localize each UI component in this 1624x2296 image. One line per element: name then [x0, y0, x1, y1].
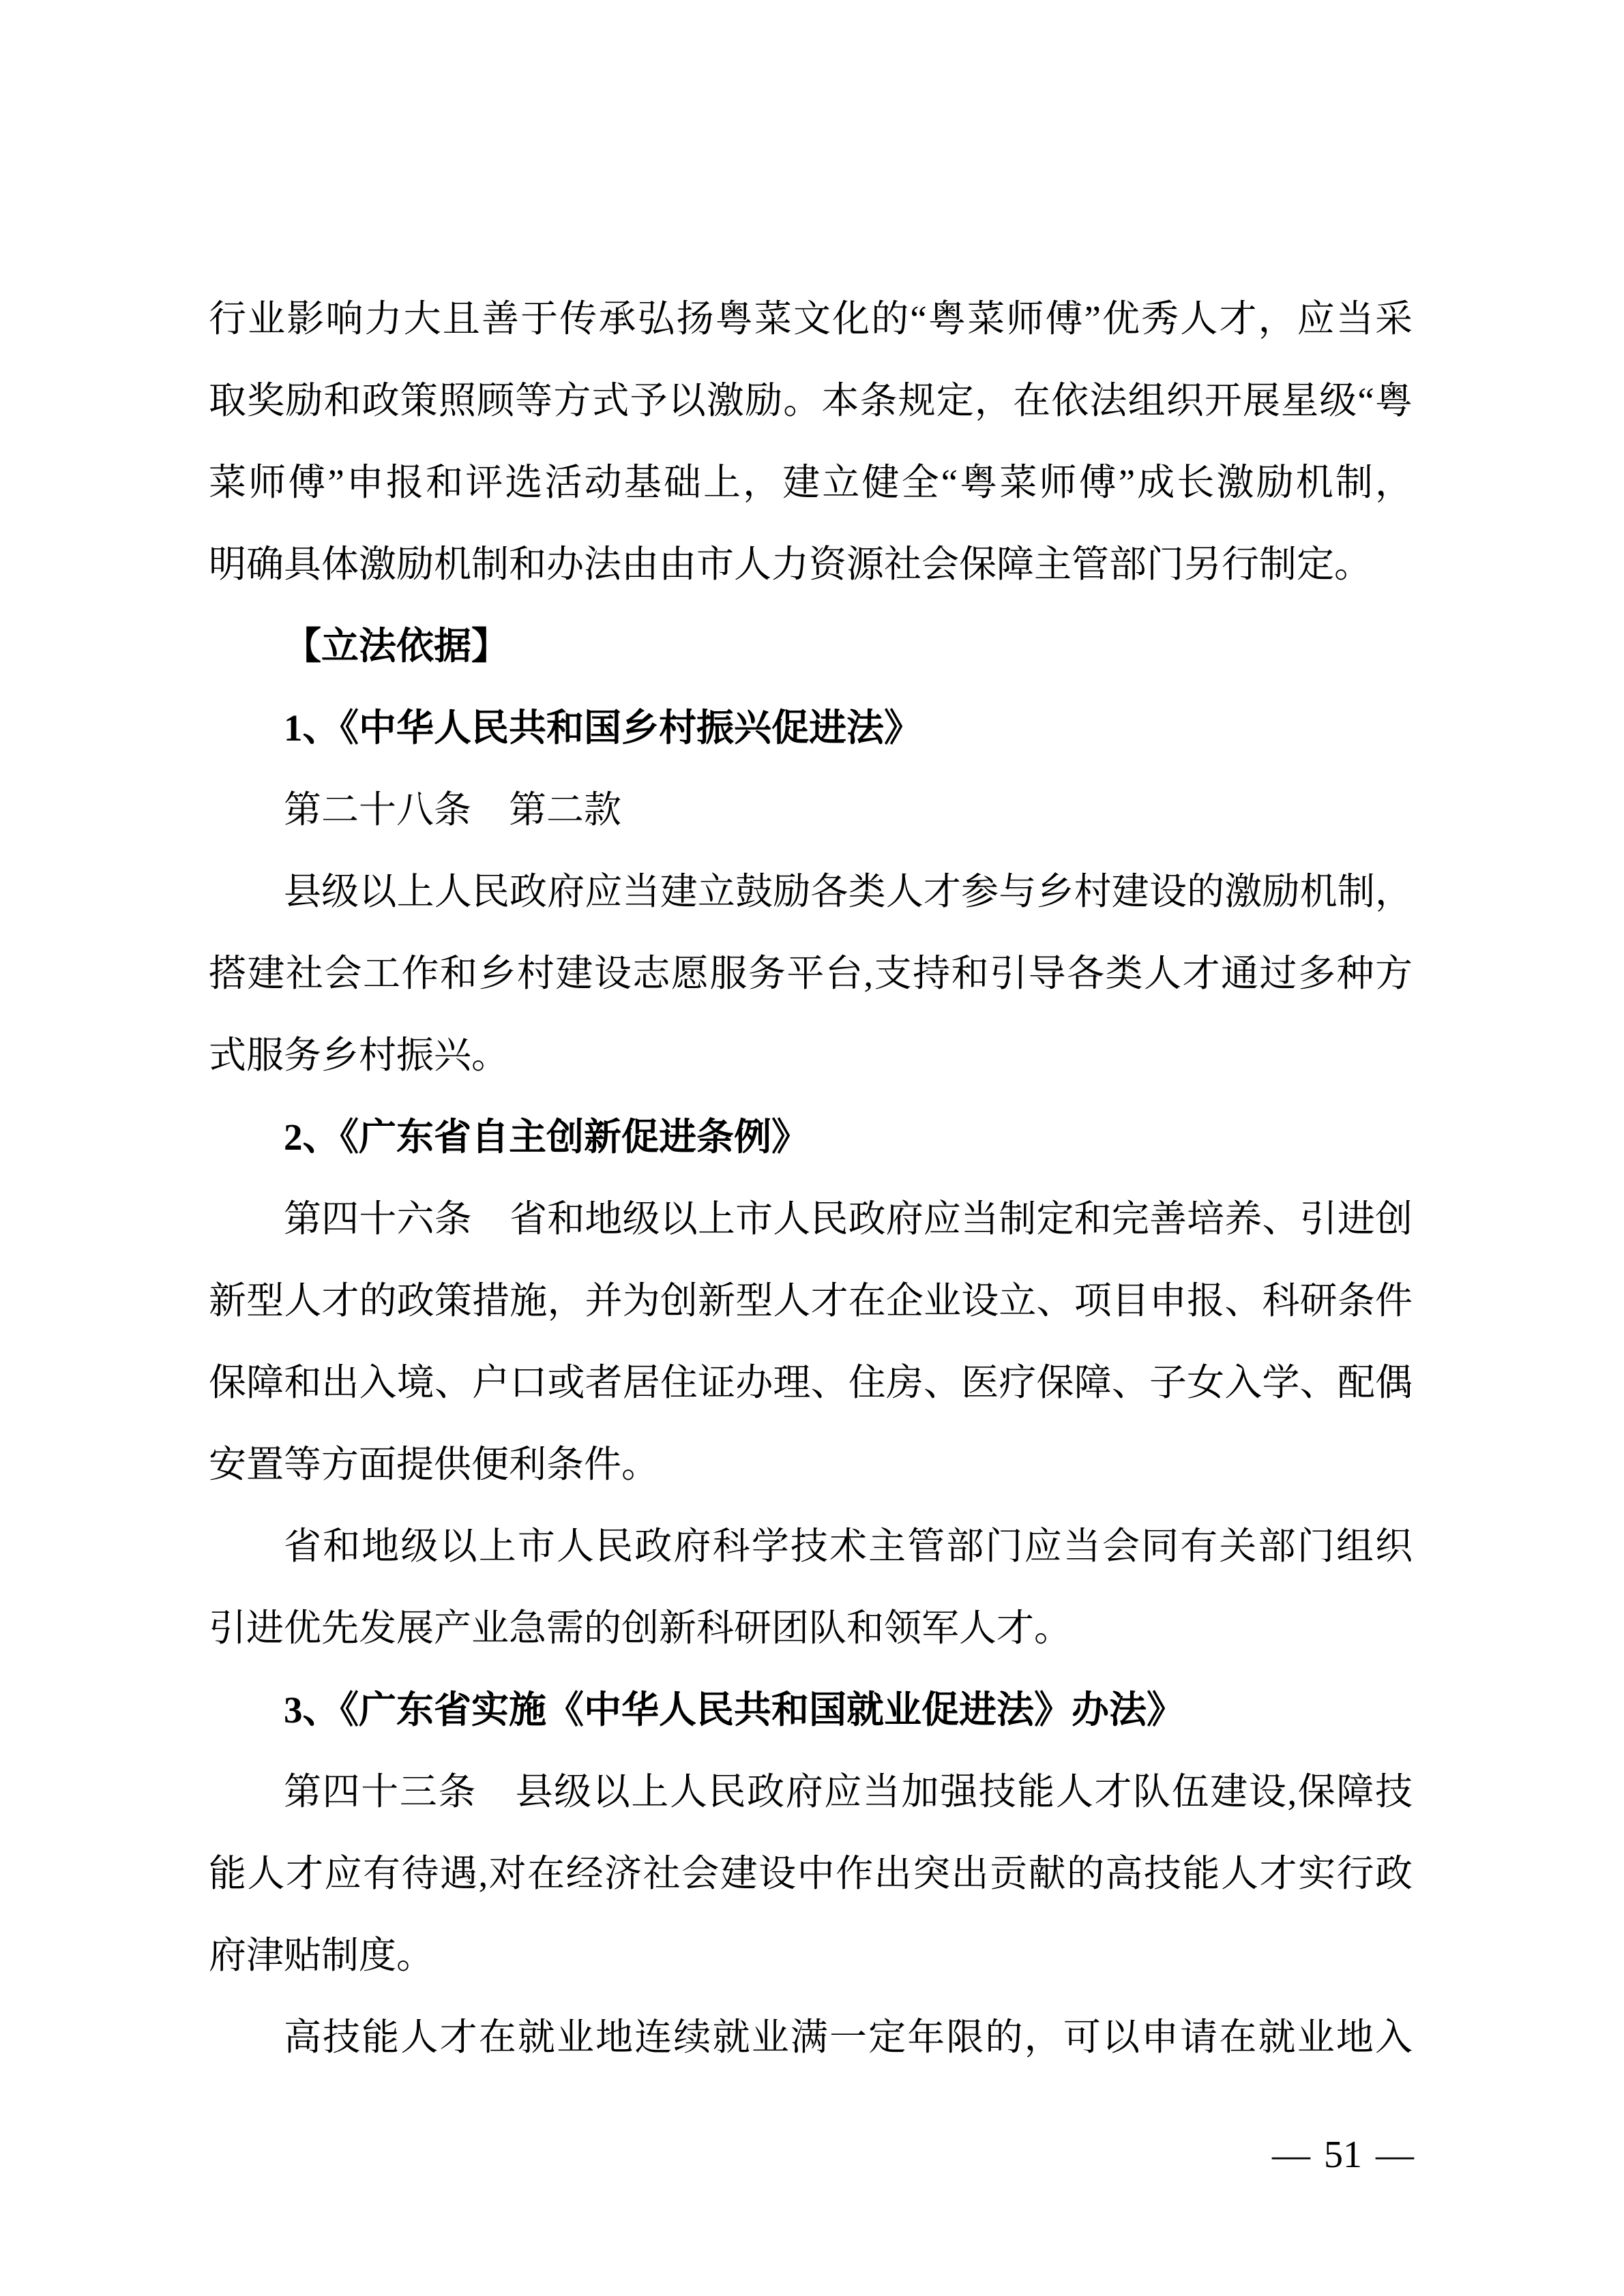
page-footer: —51— [0, 2133, 1624, 2177]
document-page: 行业影响力大且善于传承弘扬粤菜文化的“粤菜师傅”优秀人才，应当采 取奖励和政策照… [0, 0, 1624, 2296]
page-number-dash-right: — [1376, 2134, 1414, 2176]
article-46-text-line-4: 安置等方面提供便利条件。 [209, 1424, 1413, 1506]
article-43-para-2-line-1: 高技能人才在就业地连续就业满一定年限的，可以申请在就业地入 [209, 1997, 1413, 2078]
article-46-para-2-line-1: 省和地级以上市人民政府科学技术主管部门应当会同有关部门组织 [209, 1506, 1413, 1587]
legislative-basis-heading: 【立法依据】 [209, 606, 1413, 687]
law-item-1-title: 1、《中华人民共和国乡村振兴促进法》 [209, 687, 1413, 769]
article-28-clause-label: 第二十八条 第二款 [209, 769, 1413, 851]
article-43-text-line-3: 府津贴制度。 [209, 1915, 1413, 1997]
law-item-2-title: 2、《广东省自主创新促进条例》 [209, 1097, 1413, 1178]
article-46-para-2-line-2: 引进优先发展产业急需的创新科研团队和领军人才。 [209, 1587, 1413, 1669]
article-43-text-line-1: 第四十三条 县级以上人民政府应当加强技能人才队伍建设,保障技 [209, 1751, 1413, 1833]
article-46-text-line-2: 新型人才的政策措施，并为创新型人才在企业设立、项目申报、科研条件 [209, 1260, 1413, 1342]
continuation-para-line-2: 取奖励和政策照顾等方式予以激励。本条规定，在依法组织开展星级“粤 [209, 360, 1413, 442]
article-28-text-line-1: 县级以上人民政府应当建立鼓励各类人才参与乡村建设的激励机制， [209, 851, 1413, 933]
page-number-value: 51 [1324, 2133, 1362, 2177]
article-28-text-line-3: 式服务乡村振兴。 [209, 1015, 1413, 1097]
law-item-3-title: 3、《广东省实施《中华人民共和国就业促进法》办法》 [209, 1669, 1413, 1751]
document-body: 行业影响力大且善于传承弘扬粤菜文化的“粤菜师傅”优秀人才，应当采 取奖励和政策照… [209, 278, 1413, 2078]
page-number-dash-left: — [1272, 2134, 1310, 2176]
article-28-text-line-2: 搭建社会工作和乡村建设志愿服务平台,支持和引导各类人才通过多种方 [209, 933, 1413, 1015]
continuation-para-line-4: 明确具体激励机制和办法由由市人力资源社会保障主管部门另行制定。 [209, 524, 1413, 606]
continuation-para-line-1: 行业影响力大且善于传承弘扬粤菜文化的“粤菜师傅”优秀人才，应当采 [209, 278, 1413, 360]
article-46-text-line-1: 第四十六条 省和地级以上市人民政府应当制定和完善培养、引进创 [209, 1178, 1413, 1260]
continuation-para-line-3: 菜师傅”申报和评选活动基础上，建立健全“粤菜师傅”成长激励机制， [209, 442, 1413, 524]
article-46-text-line-3: 保障和出入境、户口或者居住证办理、住房、医疗保障、子女入学、配偶 [209, 1342, 1413, 1424]
article-43-text-line-2: 能人才应有待遇,对在经济社会建设中作出突出贡献的高技能人才实行政 [209, 1833, 1413, 1915]
